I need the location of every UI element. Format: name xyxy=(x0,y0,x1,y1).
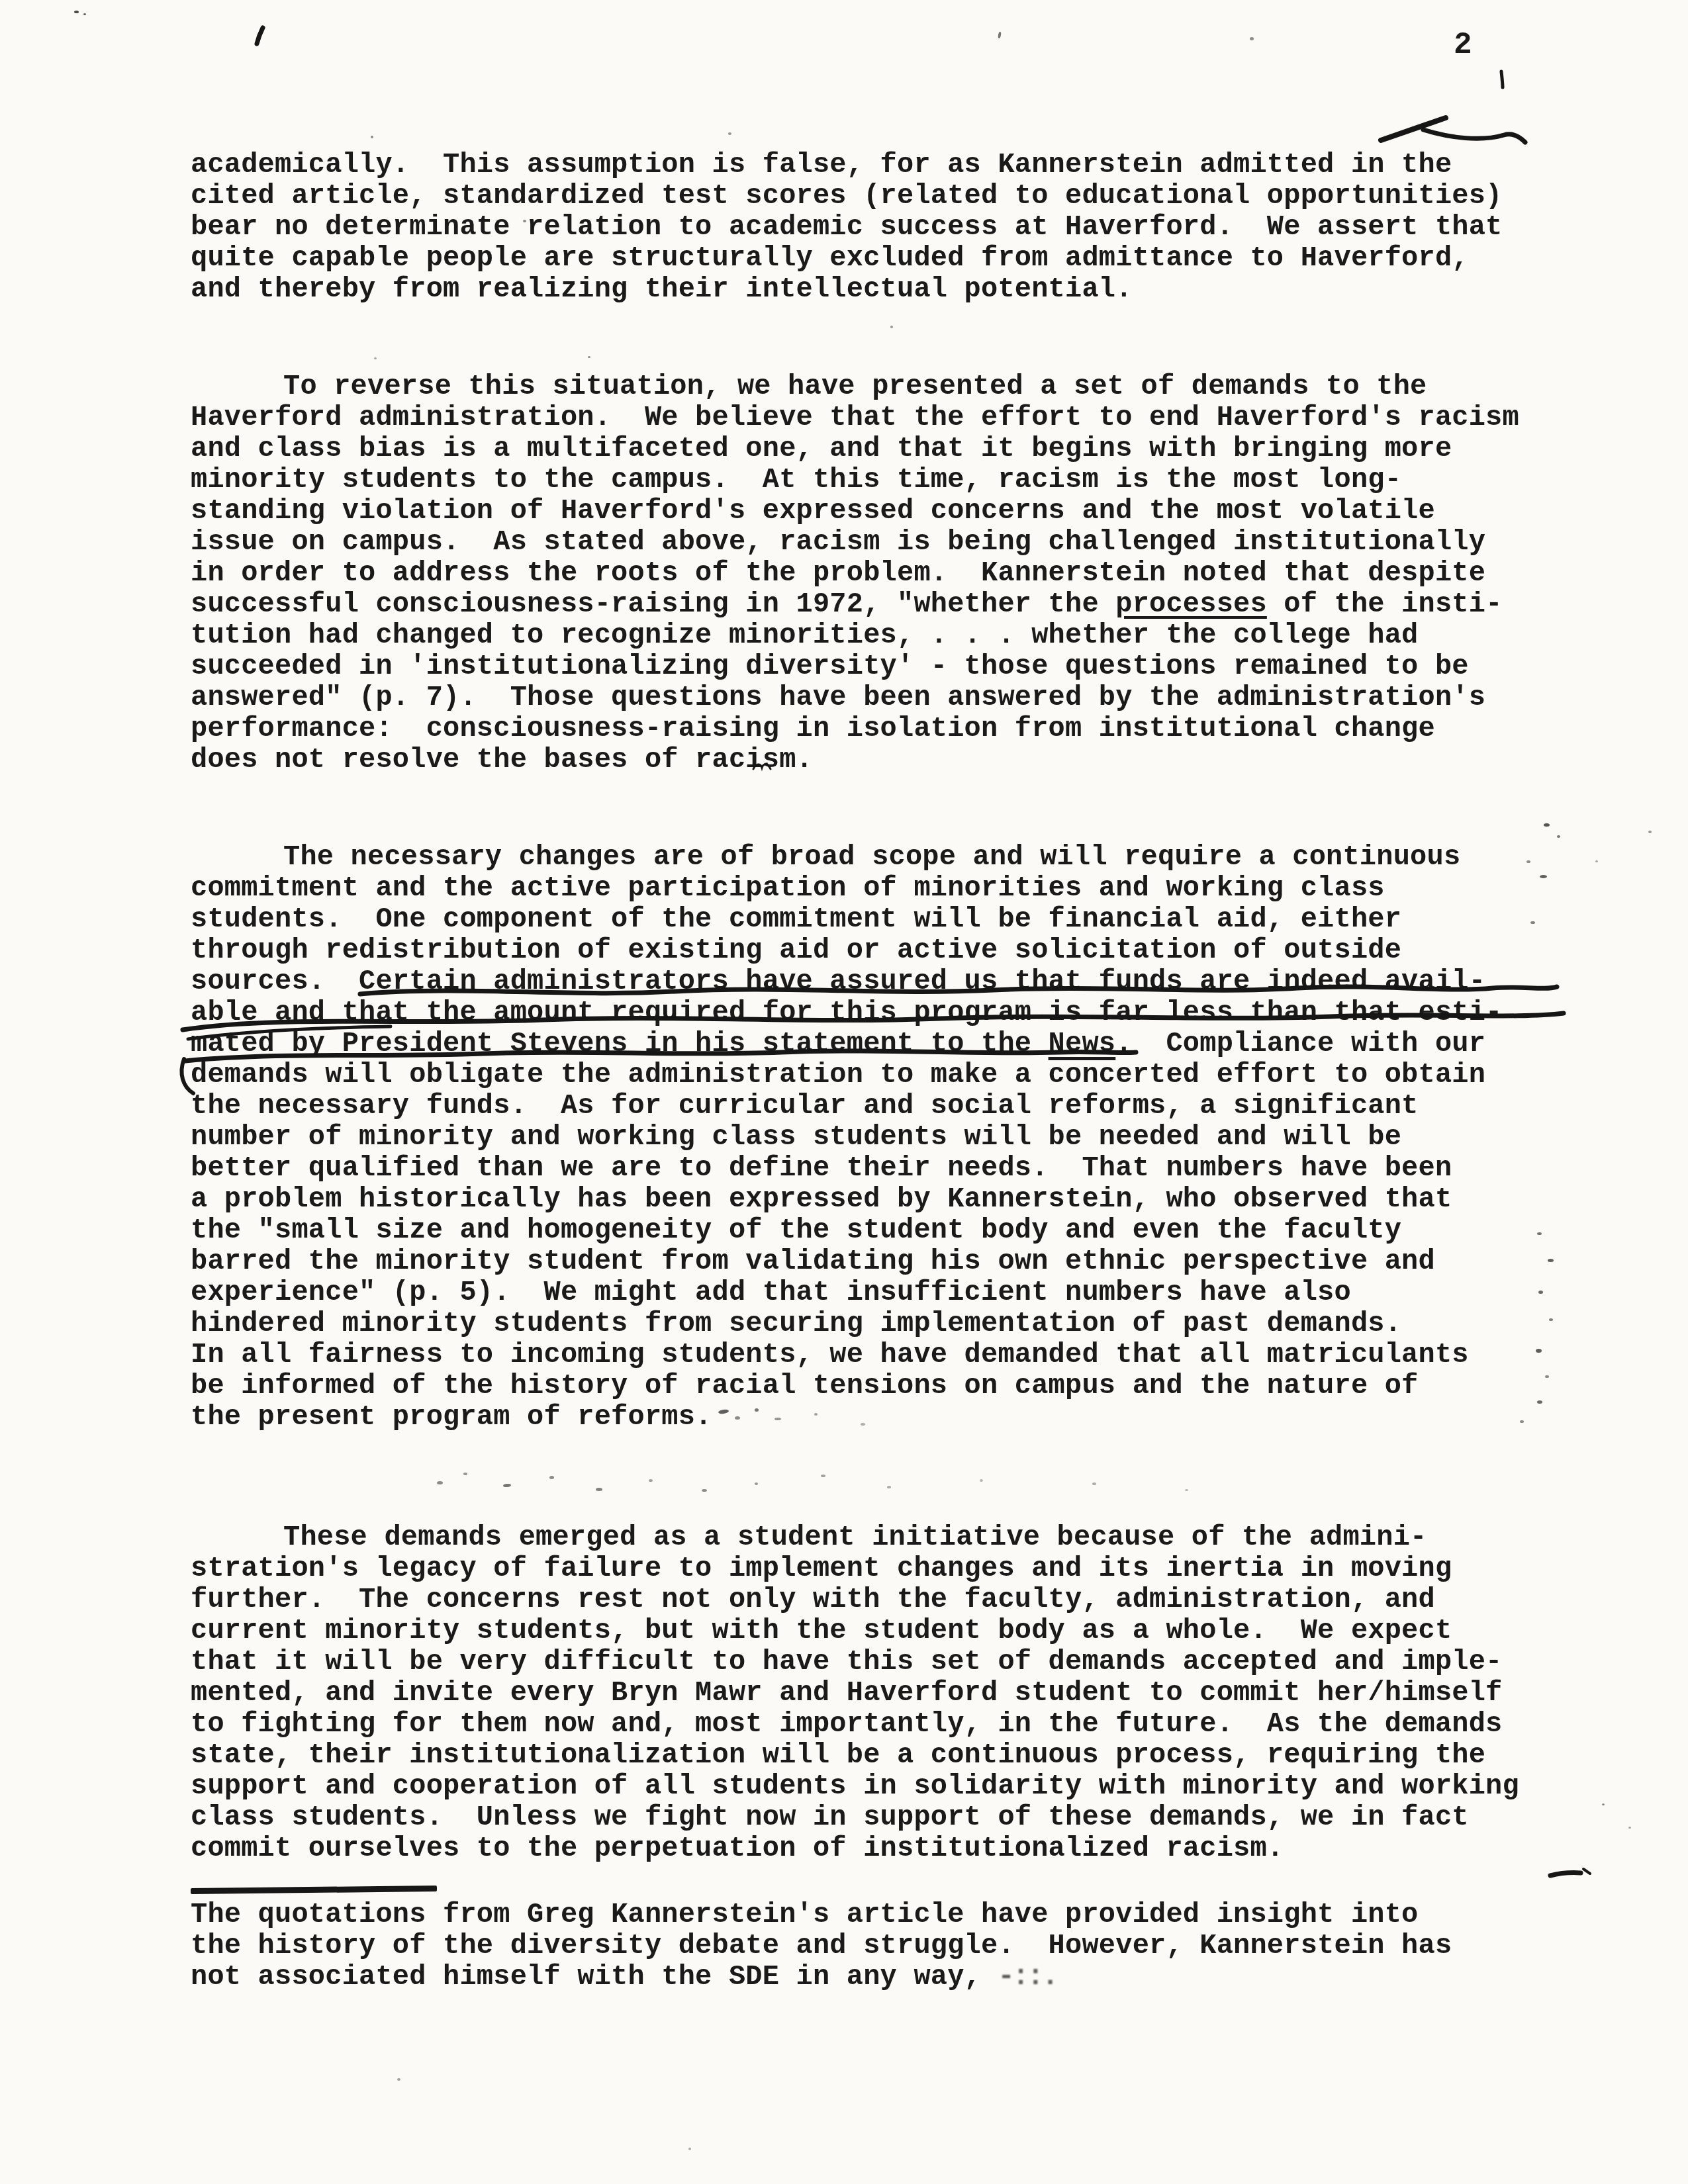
smudge xyxy=(1602,1803,1605,1805)
smudge xyxy=(755,1408,759,1412)
smudge xyxy=(755,1482,758,1485)
pen-tick-mark xyxy=(257,28,263,44)
footnote: The quotations from Greg Kannerstein's a… xyxy=(191,1899,1554,1993)
smudge xyxy=(1526,860,1530,863)
text-line: sources. Certain administrators have ass… xyxy=(191,966,1554,997)
smudge xyxy=(1548,1259,1554,1262)
paragraph-1: academically. This assumption is false, … xyxy=(191,150,1554,305)
text-segment: mated by President Stevens in his statem… xyxy=(191,1028,1049,1060)
text-line: commitment and the active participation … xyxy=(191,873,1554,904)
smudge xyxy=(1557,835,1560,838)
smudge xyxy=(1092,1482,1096,1485)
pen-tick-mark xyxy=(1501,71,1503,87)
smudge xyxy=(1538,1291,1543,1294)
smudge xyxy=(774,1418,781,1420)
text-line: mated by President Stevens in his statem… xyxy=(191,1028,1554,1060)
underlined-word-processes: processes xyxy=(1115,588,1267,620)
smudge xyxy=(596,1488,602,1491)
text-line: through redistribution of existing aid o… xyxy=(191,935,1554,966)
smudge xyxy=(1628,1827,1631,1829)
smudge xyxy=(1536,1349,1542,1353)
text-line: class students. Unless we fight now in s… xyxy=(191,1802,1554,1833)
smudge xyxy=(1185,1489,1188,1491)
text-line: a problem historically has been expresse… xyxy=(191,1184,1554,1215)
smudged-text: -::. xyxy=(998,1961,1056,1993)
text-line: further. The concerns rest not only with… xyxy=(191,1584,1554,1615)
text-segment: successful consciousness-raising in 1972… xyxy=(191,588,1115,620)
text-line: state, their institutionalization will b… xyxy=(191,1740,1554,1771)
smudge xyxy=(998,32,1002,39)
text-line: succeeded in 'institutionalizing diversi… xyxy=(191,651,1554,682)
text-line: tution had changed to recognize minoriti… xyxy=(191,620,1554,651)
smudge xyxy=(371,136,373,138)
smudge xyxy=(821,1475,825,1477)
pen-dash-mark xyxy=(1550,1873,1581,1876)
text-line: To reverse this situation, we have prese… xyxy=(191,371,1554,402)
smudge xyxy=(523,220,526,222)
text-line: academically. This assumption is false, … xyxy=(191,150,1554,181)
text-segment: of the insti- xyxy=(1267,588,1503,620)
text-line: students. One component of the commitmen… xyxy=(191,904,1554,935)
text-line: to fighting for them now and, most impor… xyxy=(191,1709,1554,1740)
pen-tick-mark xyxy=(1583,1869,1590,1874)
text-line: be informed of the history of racial ten… xyxy=(191,1371,1554,1402)
smudge xyxy=(437,1481,443,1484)
pen-swoosh-mark xyxy=(1423,130,1525,142)
text-line: barred the minority student from validat… xyxy=(191,1246,1554,1277)
smudge xyxy=(74,11,79,13)
smudge xyxy=(728,132,731,135)
smudge xyxy=(1530,921,1535,924)
text-segment: . Compliance with our xyxy=(1115,1028,1485,1060)
text-line: stration's legacy of failure to implemen… xyxy=(191,1553,1554,1584)
text-line: number of minority and working class stu… xyxy=(191,1122,1554,1153)
text-segment: not associated himself with the SDE in a… xyxy=(191,1961,998,1993)
smudge xyxy=(980,1479,983,1482)
paragraph-2: To reverse this situation, we have prese… xyxy=(191,371,1554,776)
text-line: quite capable people are structurally ex… xyxy=(191,243,1554,274)
text-line: issue on campus. As stated above, racism… xyxy=(191,527,1554,558)
text-line: performance: consciousness-raising in is… xyxy=(191,713,1554,745)
smudge xyxy=(861,1423,865,1426)
pen-swoosh-mark xyxy=(1381,118,1446,140)
footnote-line: not associated himself with the SDE in a… xyxy=(191,1962,1554,1993)
text-line: support and cooperation of all students … xyxy=(191,1771,1554,1802)
text-line: The necessary changes are of broad scope… xyxy=(191,842,1554,873)
scanned-document-page: 2 academically. This assumption is false… xyxy=(0,0,1688,2184)
text-line: does not resolve the bases of racism. xyxy=(191,745,1554,776)
smudge xyxy=(1595,860,1598,862)
text-line: the present program of reforms. xyxy=(191,1402,1554,1433)
text-line: mented, and invite every Bryn Mawr and H… xyxy=(191,1678,1554,1709)
text-line: better qualified than we are to define t… xyxy=(191,1153,1554,1184)
text-line: hindered minority students from securing… xyxy=(191,1308,1554,1340)
paragraph-4: These demands emerged as a student initi… xyxy=(191,1522,1554,1864)
text-line: able and that the amount required for th… xyxy=(191,997,1554,1028)
footnote-line: the history of the diversity debate and … xyxy=(191,1931,1554,1962)
text-line: and class bias is a multifaceted one, an… xyxy=(191,433,1554,465)
text-block: academically. This assumption is false, … xyxy=(191,150,1554,1993)
text-line: the necessary funds. As for curricular a… xyxy=(191,1091,1554,1122)
smudge xyxy=(1544,823,1550,827)
smudge xyxy=(463,1473,467,1475)
text-line: In all fairness to incoming students, we… xyxy=(191,1340,1554,1371)
smudge xyxy=(1250,37,1254,40)
smudge xyxy=(814,1413,818,1416)
text-line: Haverford administration. We believe tha… xyxy=(191,402,1554,433)
smudge xyxy=(887,1486,891,1488)
smudge xyxy=(890,326,893,328)
smudge xyxy=(549,1476,554,1479)
text-line: in order to address the roots of the pro… xyxy=(191,558,1554,589)
text-line: and thereby from realizing their intelle… xyxy=(191,274,1554,305)
underlined-word-news: News xyxy=(1049,1028,1116,1060)
smudge xyxy=(374,357,377,359)
smudge xyxy=(83,13,86,15)
footnote-line: The quotations from Greg Kannerstein's a… xyxy=(191,1899,1554,1931)
smudge xyxy=(397,2078,400,2081)
smudge xyxy=(735,1416,740,1420)
text-line: commit ourselves to the perpetuation of … xyxy=(191,1833,1554,1864)
text-line: minority students to the campus. At this… xyxy=(191,465,1554,496)
smudge xyxy=(1520,1420,1524,1423)
smudge xyxy=(1549,1318,1553,1321)
smudge xyxy=(1537,1232,1542,1235)
page-number: 2 xyxy=(1454,29,1472,61)
smudge xyxy=(1545,1375,1549,1378)
smudge xyxy=(688,2148,691,2150)
text-line: current minority students, but with the … xyxy=(191,1615,1554,1647)
smudge xyxy=(1648,831,1652,833)
text-line: cited article, standardized test scores … xyxy=(191,181,1554,212)
footnote-separator-rule xyxy=(191,1886,437,1894)
paragraph-3: The necessary changes are of broad scope… xyxy=(191,842,1554,1433)
smudge xyxy=(649,1479,653,1482)
text-line: the "small size and homogeneity of the s… xyxy=(191,1215,1554,1246)
smudge xyxy=(1540,875,1547,878)
text-line: demands will obligate the administration… xyxy=(191,1060,1554,1091)
text-line: answered" (p. 7). Those questions have b… xyxy=(191,682,1554,713)
smudge xyxy=(588,356,590,358)
text-line: bear no determinate relation to academic… xyxy=(191,212,1554,243)
text-line: successful consciousness-raising in 1972… xyxy=(191,589,1554,620)
smudge xyxy=(702,1489,707,1492)
text-line: standing violation of Haverford's expres… xyxy=(191,496,1554,527)
text-line: These demands emerged as a student initi… xyxy=(191,1522,1554,1553)
smudge xyxy=(1537,1400,1542,1404)
text-line: experience" (p. 5). We might add that in… xyxy=(191,1277,1554,1308)
text-line: that it will be very difficult to have t… xyxy=(191,1647,1554,1678)
